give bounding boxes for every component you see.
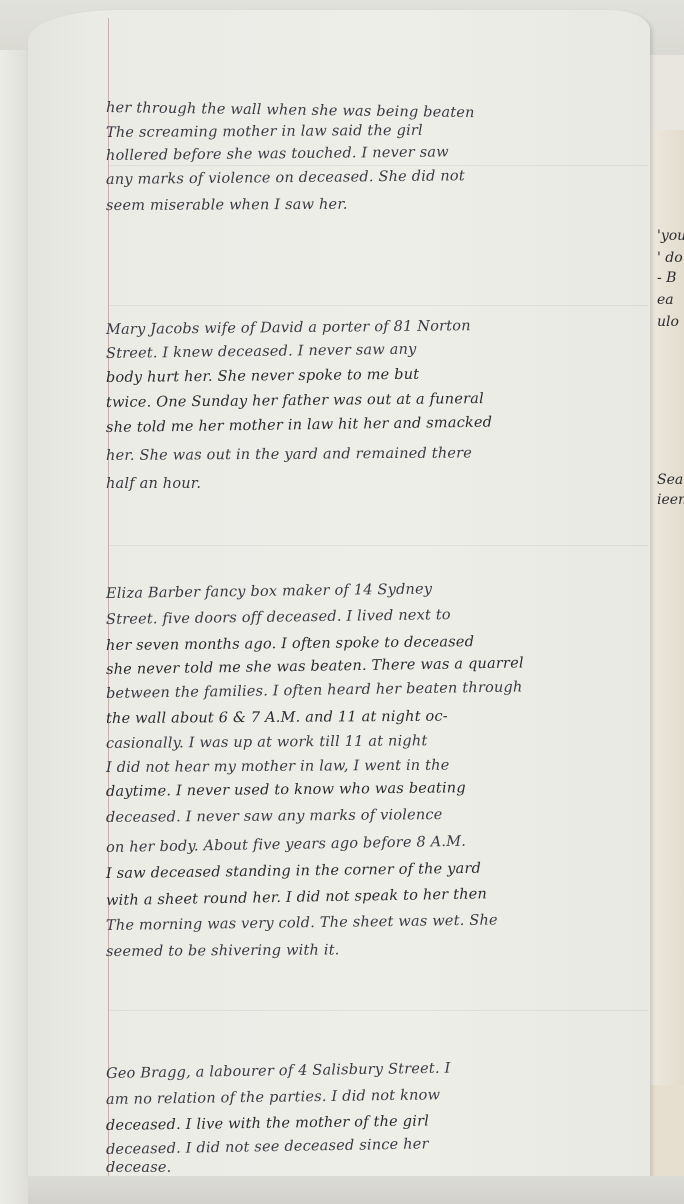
handwritten-line: body hurt her. She never spoke to me but	[106, 367, 419, 386]
fragment-text: ulo	[657, 314, 679, 330]
handwritten-line: casionally. I was up at work till 11 at …	[106, 733, 428, 752]
left-facing-page-edge	[0, 50, 31, 1204]
handwritten-line: I did not hear my mother in law, I went …	[106, 758, 450, 776]
manuscript-scan: her through the wall when she was being …	[0, 0, 684, 1204]
handwritten-line: seemed to be shivering with it.	[106, 942, 340, 960]
fragment-text: - B	[657, 270, 676, 286]
fragment-text: ea	[657, 292, 674, 308]
fragment-text: ieen	[657, 492, 684, 508]
ruled-line	[108, 165, 648, 166]
page-bottom-shadow	[28, 1176, 684, 1204]
ruled-line	[108, 545, 648, 546]
fragment-text: 'you	[657, 228, 684, 244]
handwritten-line: decease.	[106, 1160, 171, 1176]
handwritten-line: seem miserable when I saw her.	[106, 197, 348, 214]
handwritten-line: deceased. I never saw any marks of viole…	[106, 807, 443, 826]
handwritten-line: the wall about 6 & 7 A.M. and 11 at nigh…	[106, 709, 448, 727]
fragment-text: ' do	[657, 250, 683, 266]
fragment-text: Sea	[657, 472, 683, 488]
ruled-line	[108, 305, 648, 306]
handwritten-line: The screaming mother in law said the gir…	[106, 123, 423, 141]
handwritten-line: half an hour.	[106, 476, 201, 492]
ruled-line	[108, 1010, 648, 1011]
handwritten-line: her. She was out in the yard and remaine…	[106, 445, 472, 464]
